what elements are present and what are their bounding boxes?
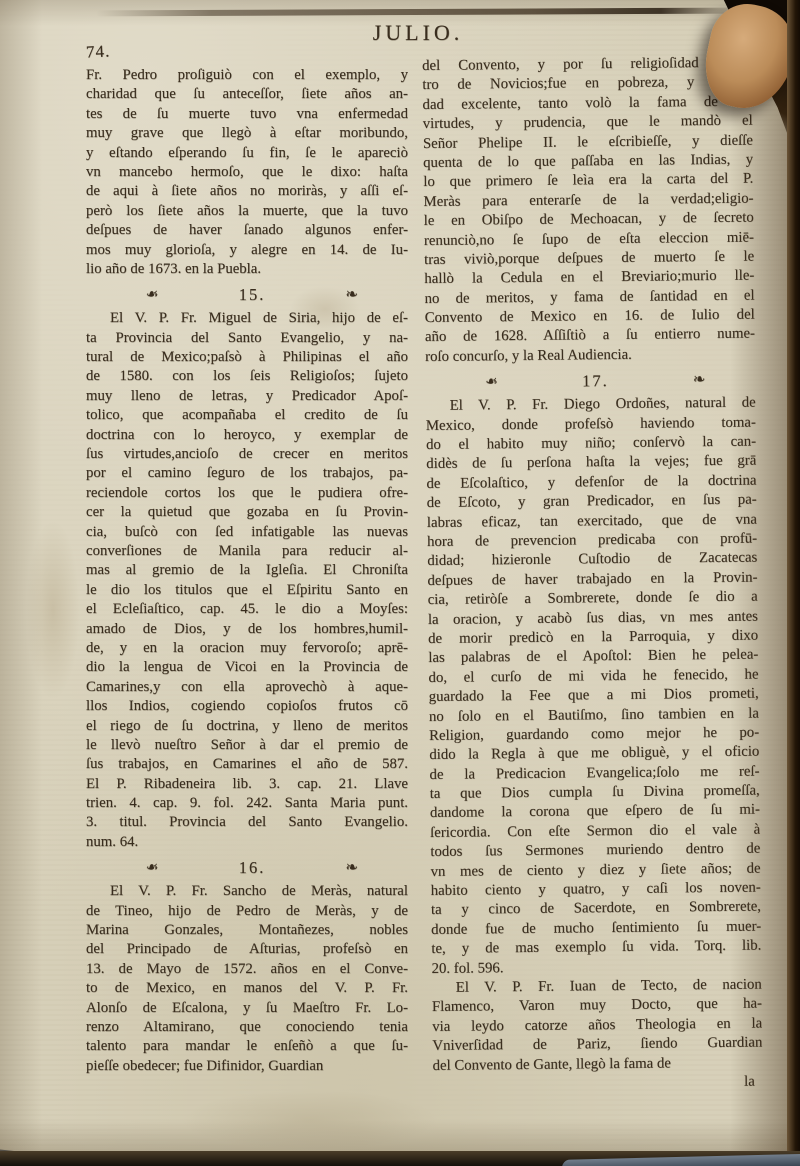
text-line: le llevò nueſtro Señor à dar el premio d… — [86, 736, 408, 755]
text-line: Vniverſidad de Pariz, ſiendo Guardian — [432, 1034, 762, 1057]
book-page: 74. JULIO. Fr. Pedro proſiguiò con el ex… — [0, 0, 800, 1166]
text-line: de 1580. con los ſeis Religioſos; ſujeto — [86, 367, 408, 386]
text-line: lio año de 1673. en la Puebla. — [86, 260, 408, 279]
paragraph: del Convento, y por ſu religioſidad Maeſ… — [422, 54, 755, 368]
text-column-left: Fr. Pedro proſiguiò con el exemplo, ycha… — [86, 66, 408, 1076]
text-line: El V. P. Fr. Sancho de Meràs, natural — [86, 882, 408, 901]
text-line: ſus virtudes,ancioſo de crecer en merito… — [86, 445, 408, 464]
paragraph: El V. P. Fr. Sancho de Meràs, naturalde … — [86, 882, 408, 1076]
text-line: de Tineo, hijo de Pedro de Meràs, y de — [86, 902, 408, 921]
text-line: amado de Dios, y de los hombres,humil- — [86, 620, 408, 639]
text-line: ſus trabajos, en Camarines el año de 587… — [86, 755, 408, 774]
text-column-right: del Convento, y por ſu religioſidad Maeſ… — [422, 54, 763, 1096]
section-number: 15. — [239, 285, 266, 304]
paper-stain — [26, 520, 80, 700]
text-line: doctrina con lo heroyco, y exemplar de — [86, 426, 408, 445]
paper-stain — [180, 1090, 440, 1150]
fleuron-icon: ❧ — [345, 285, 356, 304]
text-line: mas al gremio de la Igleſia. El Chroniſt… — [86, 561, 408, 580]
section-number: 16. — [239, 858, 266, 877]
text-line: tes de ſu muerte tuvo vna enfermedad — [86, 105, 408, 124]
section-heading-16: ❧16.❧ — [86, 852, 408, 882]
text-line: de, y en la oracion muy fervoroſo; aprē- — [86, 639, 408, 658]
fleuron-icon: ❧ — [148, 285, 159, 304]
text-line: dio la lengua de Vicoi en la Provincia d… — [86, 658, 408, 677]
text-line: por el camino ſeguro de los trabajos, pa… — [86, 464, 408, 483]
text-line: talento para mandar le enſeñò a que ſu- — [86, 1037, 408, 1056]
text-line: 3. titul. Provincia del Santo Evangelio. — [86, 813, 408, 832]
text-line: Camarines,y con ella aprovechò à aque- — [86, 678, 408, 697]
fleuron-icon: ❧ — [487, 372, 498, 392]
text-line: pieſſe obedecer; fue Difinidor, Guardian — [86, 1057, 408, 1076]
catchword: la — [433, 1072, 763, 1095]
text-line: muy lleno de letras, y Predicador Apoſ- — [86, 387, 408, 406]
text-line: de aqui à ſiete años no moriràs, y aſſi … — [86, 182, 408, 201]
text-line: deſpues de haver ſanado algunos enfer- — [86, 221, 408, 240]
text-line: cia, buſcò con ſed infatigable las nueva… — [86, 523, 408, 542]
text-line: tolico, que acompañaba el credito de ſu — [86, 406, 408, 425]
text-line: converſiones de Manila para reducir al- — [86, 542, 408, 561]
text-line: Fr. Pedro proſiguiò con el exemplo, y — [86, 66, 408, 85]
text-line: to de Mexico, en manos del V. P. Fr. — [86, 979, 408, 998]
paragraph: El V. P. Fr. Iuan de Tecto, de nacionFla… — [432, 975, 763, 1075]
text-line: te, y de mas exemplo ſu vida. Torq. lib. — [431, 937, 761, 960]
text-line: llos Indios, cogiendo copioſos frutos cō — [86, 697, 408, 716]
running-title: JULIO. — [86, 20, 750, 46]
fleuron-icon: ❧ — [693, 370, 704, 390]
text-line: tural de Mexico;paſsò à Philipinas el añ… — [86, 348, 408, 367]
section-heading-17: ❧17.❧ — [425, 364, 755, 397]
text-line: cer la quietud que gozaba en ſu Provin- — [86, 503, 408, 522]
fleuron-icon: ❧ — [148, 858, 159, 877]
text-line: El V. P. Fr. Miguel de Siria, hijo de eſ… — [86, 309, 408, 328]
section-number: 17. — [582, 371, 609, 391]
text-line: num. 64. — [86, 833, 408, 852]
text-line: reciendole cortos los que le pudiera ofr… — [86, 484, 408, 503]
text-line: el Ecleſiaſtico, cap. 45. le dio a Moyſe… — [86, 600, 408, 619]
book-photo: { "page": { "folio": "74.", "running_tit… — [0, 0, 800, 1166]
text-line: charidad que ſu anteceſſor, ſiete años a… — [86, 85, 408, 104]
text-line: El P. Ribadeneira lib. 3. cap. 21. Llave — [86, 775, 408, 794]
section-heading-15: ❧15.❧ — [86, 279, 408, 309]
text-line: vn mancebo hermoſo, que le dixo: haſta — [86, 163, 408, 182]
book-right-edge — [787, 0, 800, 1166]
page-edge-crease — [96, 8, 738, 17]
text-line: Alonſo de Eſcalona, y ſu Maeſtro Fr. Lo- — [86, 999, 408, 1018]
paragraph: El V. P. Fr. Diego Ordoñes, natural deMe… — [426, 394, 762, 979]
text-line: renzo Altamirano, que conociendo tenia — [86, 1018, 408, 1037]
text-line: y eſtando eſperando ſu fin, ſe le aparec… — [86, 144, 408, 163]
text-line: però los ſiete años la muerte, que la tu… — [86, 202, 408, 221]
paragraph: El V. P. Fr. Miguel de Siria, hijo de eſ… — [86, 309, 408, 852]
text-line: trien. 4. cap. 9. fol. 242. Santa Maria … — [86, 794, 408, 813]
text-line: le dio los titulos que el Eſpiritu Santo… — [86, 581, 408, 600]
text-line: el riego de ſu doctrina, y lleno de meri… — [86, 717, 408, 736]
fleuron-icon: ❧ — [345, 858, 356, 877]
paragraph: Fr. Pedro proſiguiò con el exemplo, ycha… — [86, 66, 408, 279]
text-line: Marina Gonzales, Montañezes, nobles — [86, 921, 408, 940]
text-line: año de 1628. Aſſiſtiò a ſu entierro nume… — [425, 325, 755, 348]
text-line: 13. de Mayo de 1572. años en el Conve- — [86, 960, 408, 979]
text-line: mos muy glorioſa, y alegre en 14. de Iu- — [86, 241, 408, 260]
text-line: muy grave que llegò à eſtar moribundo, — [86, 124, 408, 143]
text-line: del Principado de Aſturias, profeſsò en — [86, 940, 408, 959]
text-line: ta Provincia del Santo Evangelio, y na- — [86, 329, 408, 348]
